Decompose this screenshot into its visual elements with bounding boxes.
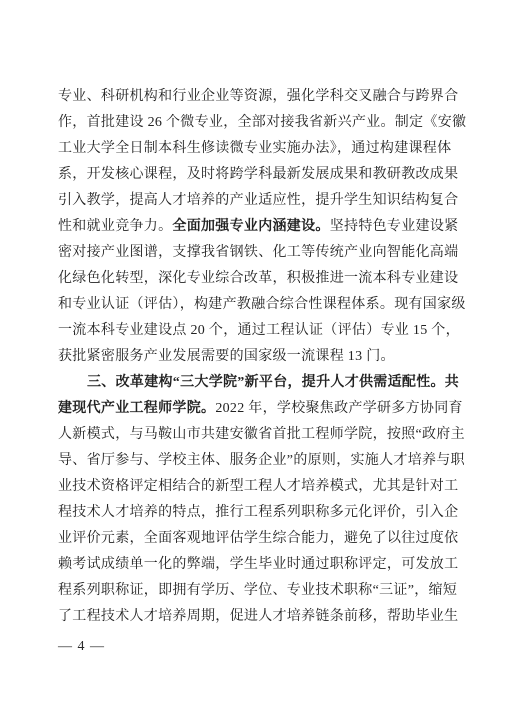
text-run: 密对接产业图谱，支撑我省钢铁、化工等传统产业向智能化高端 [58, 245, 458, 260]
text-line: 和专业认证（评估），构建产教融合综合性课程体系。现有国家级 [58, 292, 447, 318]
text-line: 程系列职称证，即拥有学历、学位、专业技术职称“三证”，缩短 [58, 578, 447, 604]
page-number: — 4 — [58, 638, 105, 656]
text-line: 人新模式，与马鞍山市共建安徽省首批工程师学院，按照“政府主 [58, 422, 447, 448]
text-line: 专业、科研机构和行业企业等资源，强化学科交叉融合与跨界合 [58, 84, 447, 110]
text-line: 获批紧密服务产业发展需要的国家级一流课程 13 门。 [58, 344, 447, 370]
text-run: 化绿色化转型，深化专业综合改革，积极推进一流本科专业建设 [58, 271, 458, 286]
text-line: 建现代产业工程师学院。2022 年，学校聚焦政产学研多方协同育 [58, 396, 447, 422]
text-run: 系，开发核心课程，及时将跨学科最新发展成果和教研教改成果 [58, 167, 458, 182]
text-line: 性和就业竞争力。全面加强专业内涵建设。坚持特色专业建设紧 [58, 214, 447, 240]
text-line: 了工程技术人才培养周期，促进人才培养链条前移，帮助毕业生 [58, 604, 447, 630]
text-line: 引入教学，提高人才培养的产业适应性，提升学生知识结构复合 [58, 188, 447, 214]
text-run: 专业、科研机构和行业企业等资源，强化学科交叉融合与跨界合 [58, 89, 458, 104]
text-line: 一流本科专业建设点 20 个，通过工程认证（评估）专业 15 个， [58, 318, 447, 344]
text-run: 获批紧密服务产业发展需要的国家级一流课程 13 门。 [58, 349, 395, 364]
text-line: 作，首批建设 26 个微专业，全部对接我省新兴产业。制定《安徽 [58, 110, 447, 136]
text-line: 工业大学全日制本科生修读微专业实施办法》，通过构建课程体 [58, 136, 447, 162]
text-line: 业评价元素，全面客观地评估学生综合能力，避免了以往过度依 [58, 526, 447, 552]
text-line: 程技术人才培养的特点，推行工程系列职称多元化评价，引入企 [58, 500, 447, 526]
bold-text-run: 全面加强专业内涵建设。 [172, 219, 329, 234]
text-run: 工业大学全日制本科生修读微专业实施办法》，通过构建课程体 [58, 141, 451, 156]
text-run: 性和就业竞争力。 [58, 219, 172, 234]
text-run: 业技术资格评定相结合的新型工程人才培养模式，尤其是针对工 [58, 479, 458, 494]
text-line: 三、改革建构“三大学院”新平台，提升人才供需适配性。共 [58, 370, 447, 396]
text-line: 导、省厅参与、学校主体、服务企业”的原则，实施人才培养与职 [58, 448, 447, 474]
text-run: 2022 年，学校聚焦政产学研多方协同育 [215, 401, 463, 416]
text-run: 程技术人才培养的特点，推行工程系列职称多元化评价，引入企 [58, 505, 458, 520]
bold-text-run: 建现代产业工程师学院。 [58, 401, 215, 416]
text-run: 了工程技术人才培养周期，促进人才培养链条前移，帮助毕业生 [58, 609, 458, 624]
text-run: 一流本科专业建设点 20 个，通过工程认证（评估）专业 15 个， [58, 323, 460, 338]
text-run: 人新模式，与马鞍山市共建安徽省首批工程师学院，按照“政府主 [58, 427, 465, 442]
text-run: 赖考试成绩单一化的弊端，学生毕业时通过职称评定，可发放工 [58, 557, 458, 572]
text-run: 和专业认证（评估），构建产教融合综合性课程体系。现有国家级 [58, 297, 466, 312]
text-line: 业技术资格评定相结合的新型工程人才培养模式，尤其是针对工 [58, 474, 447, 500]
document-body: 专业、科研机构和行业企业等资源，强化学科交叉融合与跨界合作，首批建设 26 个微… [58, 84, 447, 630]
text-run: 引入教学，提高人才培养的产业适应性，提升学生知识结构复合 [58, 193, 458, 208]
text-run: 程系列职称证，即拥有学历、学位、专业技术职称“三证”，缩短 [58, 583, 457, 598]
text-line: 化绿色化转型，深化专业综合改革，积极推进一流本科专业建设 [58, 266, 447, 292]
text-line: 赖考试成绩单一化的弊端，学生毕业时通过职称评定，可发放工 [58, 552, 447, 578]
text-run: 业评价元素，全面客观地评估学生综合能力，避免了以往过度依 [58, 531, 458, 546]
text-run: 坚持特色专业建设紧 [330, 219, 459, 234]
text-line: 系，开发核心课程，及时将跨学科最新发展成果和教研教改成果 [58, 162, 447, 188]
bold-text-run: 三、改革建构“三大学院”新平台，提升人才供需适配性。共 [87, 375, 459, 390]
document-page: 专业、科研机构和行业企业等资源，强化学科交叉融合与跨界合作，首批建设 26 个微… [0, 0, 505, 715]
text-run: 导、省厅参与、学校主体、服务企业”的原则，实施人才培养与职 [58, 453, 465, 468]
text-run: 作，首批建设 26 个微专业，全部对接我省新兴产业。制定《安徽 [58, 115, 466, 130]
text-line: 密对接产业图谱，支撑我省钢铁、化工等传统产业向智能化高端 [58, 240, 447, 266]
